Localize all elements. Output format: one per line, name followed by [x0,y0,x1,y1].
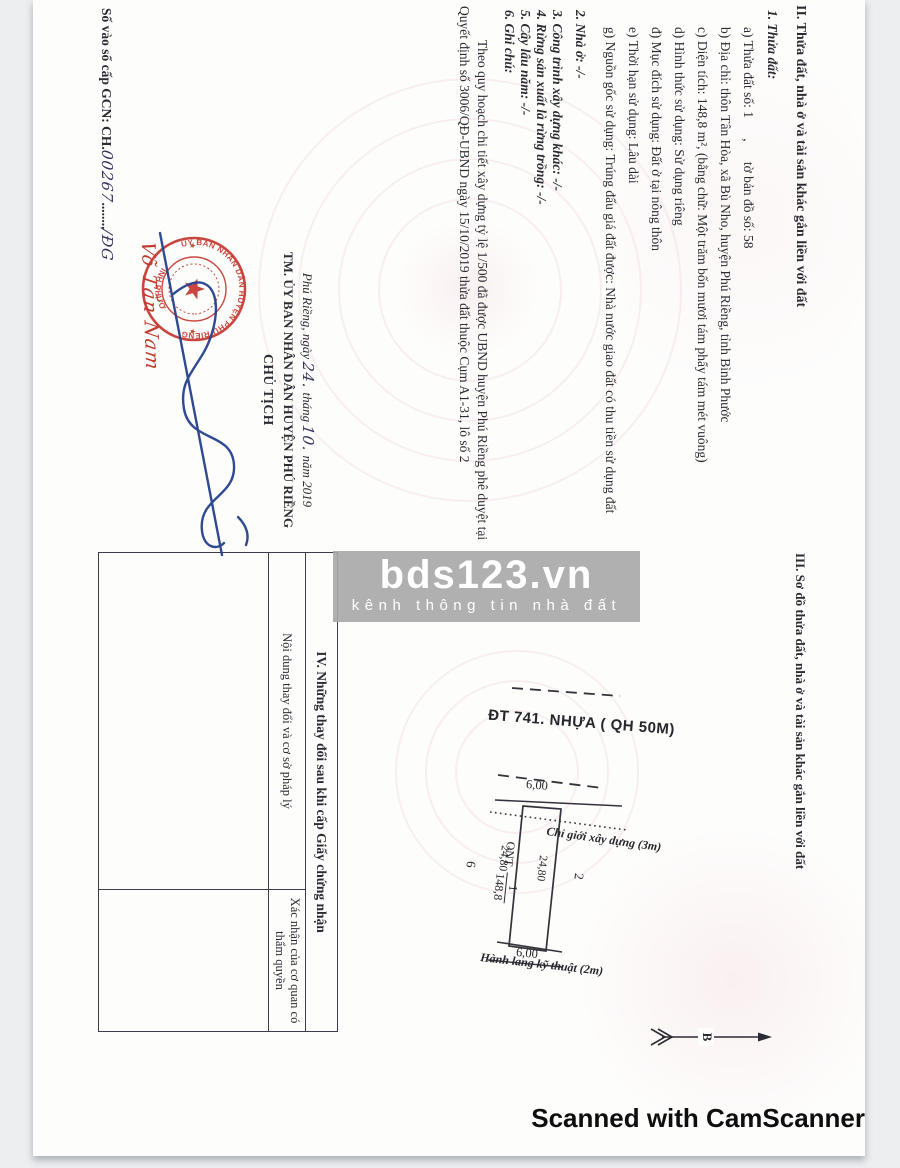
document-page: II. Thửa đất, nhà ở và tài sản khác gắn … [33,0,865,1156]
table-body-row [99,553,268,1031]
section-2-note-line: Quyết định số 3006/QĐ-UBND ngày 15/10/20… [456,6,472,463]
bds123-watermark: bds123.vn kênh thông tin nhà đất [333,551,640,622]
section-2-line: c) Diện tích: 148,8 m², (bằng chữ: Một t… [694,27,710,463]
date-day-handwritten: 24. [299,361,317,390]
date-month-handwritten: 10. [299,424,317,453]
section-2-line: d) Hình thức sử dụng: Sử dụng riêng [671,27,687,226]
camscanner-footer: Scanned with CamScanner [531,1103,865,1134]
table-header-row: Nội dung thay đổi và cơ sở pháp lý Xác n… [268,553,305,1031]
handwritten-signature [120,225,270,565]
watermark-tagline: kênh thông tin nhà đất [333,597,640,615]
gcn-number-label: Số vào sổ cấp GCN: CH. [99,8,114,150]
watermark-brand: bds123.vn [333,553,640,597]
section-2-note-line: Theo quy hoạch chi tiết xây dựng tỷ lệ 1… [474,40,490,540]
table-col-content-header: Nội dung thay đổi và cơ sở pháp lý [269,553,305,890]
section-2-line: 2. Nhà ở: -/- [572,10,588,79]
section-3-heading: III. Sơ đồ thửa đất, nhà ở và tài sản kh… [792,553,808,869]
plot-sketch-lines [440,655,670,985]
section-2-heading: II. Thửa đất, nhà ở và tài sản khác gắn … [792,5,808,307]
dim-width-top: 6,00 [525,777,548,794]
scanned-land-certificate: { "colors": { "stamp_red": "#c5372e", "s… [0,0,900,1168]
section-2-line: b) Địa chỉ: thôn Tân Hòa, xã Bù Nho, huy… [717,27,733,423]
table-title: IV. Những thay đổi sau khi cấp Giấy chứn… [305,553,337,1031]
section-2-line: e) Thời hạn sử dụng: Lâu dài [625,27,641,184]
section-2-line: g) Nguồn gốc sử dụng: Trúng đấu giá đất … [602,27,618,513]
gcn-dots: ........ [99,202,114,229]
section-2-line: 5. Cây lâu năm: -/- [517,10,533,115]
road-centerline-dashed [512,688,620,696]
date-thang: tháng [300,393,315,423]
section-2-line: đ) Mục đích sử dụng: Đất ở tại nông thôn [648,27,664,251]
north-letter: B [700,1033,715,1042]
gcn-number-line: Số vào sổ cấp GCN: CH.00267......../ĐG [98,8,116,262]
road-edge-dashed [498,775,602,788]
section-2-line: a) Thửa đất số: 1 , tờ bản đồ số: 58 [740,27,756,249]
date-year: năm 2019 [300,456,315,508]
section-2-line: 1. Thửa đất: [764,10,780,79]
plot-number-over-area: 1 148,8 [492,871,521,905]
section-2-line: 4. Rừng sản xuất là rừng trồng: -/- [533,10,549,205]
table-empty-cell-content [99,553,268,890]
section-2-line: 3. Công trình xây dựng khác: -/- [549,10,565,191]
table-empty-cell-confirm [99,890,268,1031]
section-4-table: IV. Những thay đổi sau khi cấp Giấy chứn… [98,552,338,1032]
table-col-confirm-header: Xác nhận của cơ quan có thẩm quyền [269,890,305,1031]
neighbor-plot-left: 6 [462,860,479,868]
authority-line: TM. ỦY BAN NHÂN DÂN HUYỆN PHÚ RIỀNG [280,225,296,555]
gcn-suffix-handwritten: /ĐG [98,228,116,262]
issue-date-line: Phú Riềng, ngày 24. tháng 10. năm 2019 [299,225,317,555]
section-2-note-heading: 6. Ghi chú: [501,10,517,73]
date-prefix: Phú Riềng, ngày [300,273,315,359]
north-arrow: B [648,1016,778,1056]
land-use-code: ONT [501,841,518,867]
plot-front-boundary [495,800,622,806]
gcn-number-handwritten: 00267 [98,149,116,204]
